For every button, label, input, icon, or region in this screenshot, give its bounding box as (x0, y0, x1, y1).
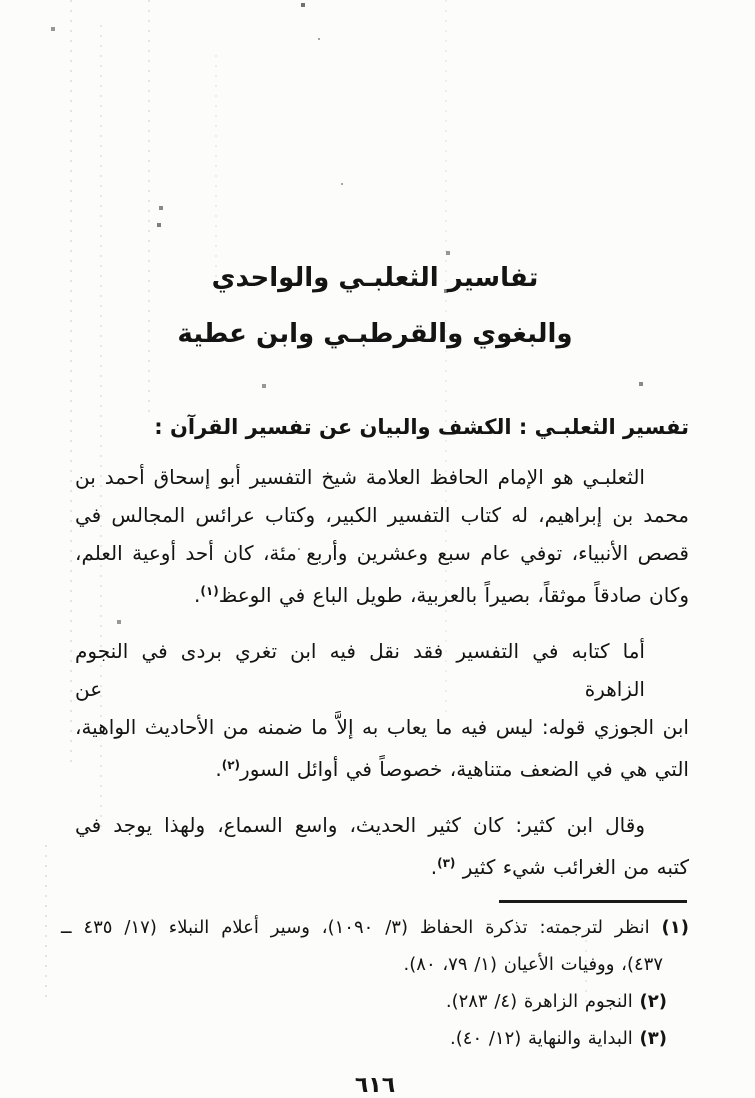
footnote-text: النجوم الزاهرة (٤/ ٢٨٣). (446, 991, 640, 1012)
footnote-line: (٣) البداية والنهاية (١٢/ ٤٠). (61, 1020, 667, 1057)
footnote-1: (١) انظر لترجمته: تذكرة الحفاظ (٣/ ١٠٩٠)… (61, 909, 689, 983)
text-line: الثعلبـي هو الإمام الحافظ العلامة شيخ ال… (75, 458, 689, 496)
footnote-2: (٢) النجوم الزاهرة (٤/ ٢٨٣). (61, 983, 689, 1020)
footnote-marker: (١) (662, 917, 689, 938)
footnote-line: ٤٣٧)، ووفيات الأعيان (١/ ٧٩، ٨٠). (61, 946, 689, 983)
body-text: تفسير الثعلبـي : الكشف والبيان عن تفسير … (75, 408, 689, 886)
footnote-ref: (٢) (222, 758, 240, 772)
page-number: ٦١٦ (61, 1073, 689, 1098)
paragraph-2: أما كتابه في التفسير فقد نقل فيه ابن تغر… (75, 632, 689, 788)
paragraphs: الثعلبـي هو الإمام الحافظ العلامة شيخ ال… (75, 458, 689, 886)
scan-noise-column (45, 845, 47, 1005)
footnote-line: (٢) النجوم الزاهرة (٤/ ٢٨٣). (61, 983, 667, 1020)
footnote-separator-rule (499, 900, 687, 903)
text-line: قصص الأنبياء، توفي عام سبع وعشرين وأربع … (75, 534, 689, 572)
paragraph-3: وقال ابن كثير: كان كثير الحديث، واسع الس… (75, 806, 689, 886)
scanned-book-page: تفاسير الثعلبـي والواحدي والبغوي والقرطب… (0, 0, 755, 1098)
footnote-line: (١) انظر لترجمته: تذكرة الحفاظ (٣/ ١٠٩٠)… (61, 909, 689, 946)
scan-noise-specks (0, 0, 2, 2)
chapter-title: تفاسير الثعلبـي والواحدي والبغوي والقرطب… (61, 0, 689, 362)
text-line: محمد بن إبراهيم، له كتاب التفسير الكبير،… (75, 496, 689, 534)
footnote-ref: (١) (200, 584, 218, 598)
text-line: ابن الجوزي قوله: ليس فيه ما يعاب به إلاَ… (75, 708, 689, 746)
section-heading: تفسير الثعلبـي : الكشف والبيان عن تفسير … (75, 408, 689, 446)
text-line: أما كتابه في التفسير فقد نقل فيه ابن تغر… (75, 632, 689, 708)
footnote-marker: (٢) (640, 991, 667, 1012)
text-line: وقال ابن كثير: كان كثير الحديث، واسع الس… (75, 806, 689, 844)
chapter-title-line-1: تفاسير الثعلبـي والواحدي (61, 250, 689, 306)
text-line: التي هي في الضعف متناهية، خصوصاً في أوائ… (75, 746, 689, 788)
text-line: وكان صادقاً موثقاً، بصيراً بالعربية، طوي… (75, 572, 689, 614)
text-column: تفاسير الثعلبـي والواحدي والبغوي والقرطب… (61, 0, 689, 1098)
footnote-text: البداية والنهاية (١٢/ ٤٠). (450, 1028, 640, 1049)
paragraph-1: الثعلبـي هو الإمام الحافظ العلامة شيخ ال… (75, 458, 689, 614)
footnote-marker: (٣) (640, 1028, 667, 1049)
text-line: كتبه من الغرائب شيء كثير (٣). (75, 844, 689, 886)
footnote-3: (٣) البداية والنهاية (١٢/ ٤٠). (61, 1020, 689, 1057)
footnotes: (١) انظر لترجمته: تذكرة الحفاظ (٣/ ١٠٩٠)… (61, 909, 689, 1057)
chapter-title-line-2: والبغوي والقرطبـي وابن عطية (61, 306, 689, 362)
footnote-text: انظر لترجمته: تذكرة الحفاظ (٣/ ١٠٩٠)، وس… (61, 917, 662, 938)
footnote-ref: (٣) (437, 856, 455, 870)
